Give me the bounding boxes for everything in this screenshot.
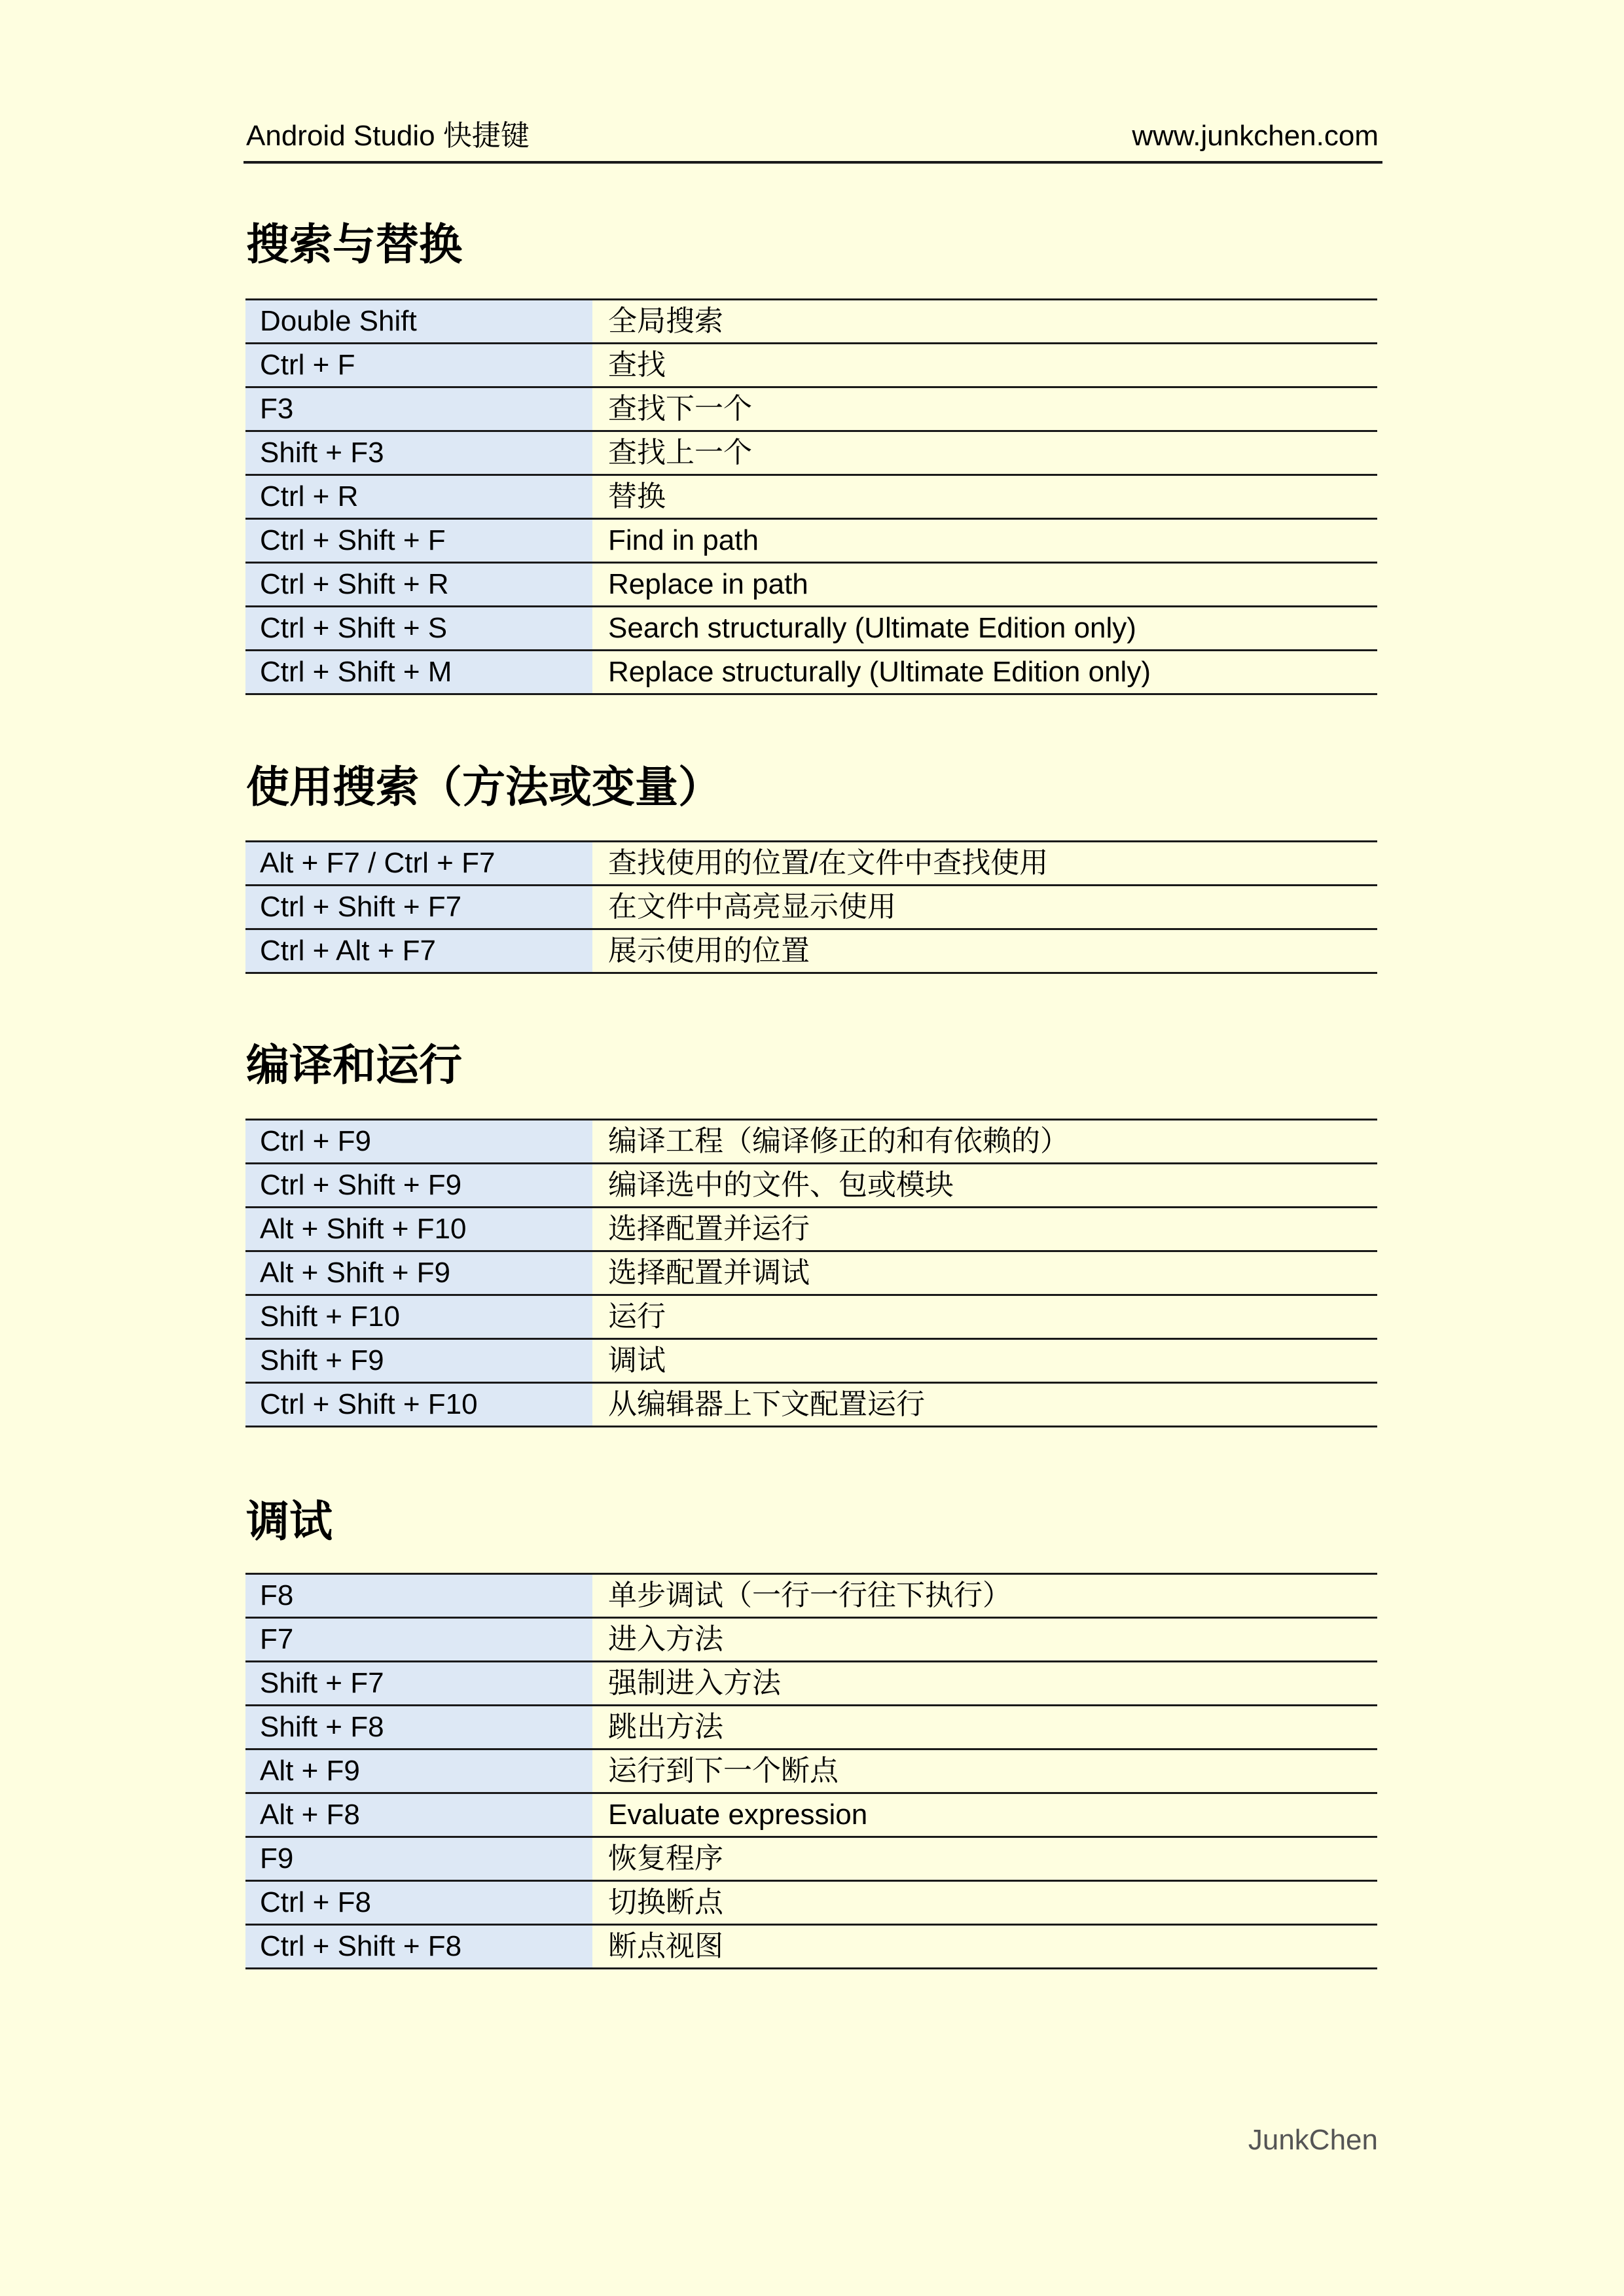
section-title-compile-run: 编译和运行: [246, 1039, 462, 1092]
shortcut-table-search-replace: Double Shift全局搜索 Ctrl + F查找 F3查找下一个 Shif…: [245, 298, 1377, 695]
shortcut-table-debug: F8单步调试（一行一行往下执行） F7进入方法 Shift + F7强制进入方法…: [245, 1573, 1377, 1969]
shortcut-key: Alt + F7 / Ctrl + F7: [245, 842, 592, 884]
shortcut-description: 切换断点: [592, 1882, 1377, 1924]
table-row: Ctrl + Shift + RReplace in path: [245, 564, 1377, 607]
shortcut-table-find-usages: Alt + F7 / Ctrl + F7查找使用的位置/在文件中查找使用 Ctr…: [245, 840, 1377, 974]
shortcut-description: 查找上一个: [592, 432, 1377, 474]
shortcut-key: Shift + F10: [245, 1296, 592, 1338]
table-row: Ctrl + Shift + MReplace structurally (Ul…: [245, 651, 1377, 695]
shortcut-key: Ctrl + Shift + F9: [245, 1164, 592, 1206]
table-row: F8单步调试（一行一行往下执行）: [245, 1575, 1377, 1619]
shortcut-description: 断点视图: [592, 1926, 1377, 1967]
table-row: F9恢复程序: [245, 1838, 1377, 1882]
table-row: Alt + F7 / Ctrl + F7查找使用的位置/在文件中查找使用: [245, 842, 1377, 886]
shortcut-description: 进入方法: [592, 1619, 1377, 1660]
shortcut-key: Alt + F9: [245, 1750, 592, 1792]
shortcut-description: 编译工程（编译修正的和有依赖的）: [592, 1121, 1377, 1162]
shortcut-description: 查找: [592, 344, 1377, 386]
shortcut-description: 从编辑器上下文配置运行: [592, 1384, 1377, 1426]
table-row: Ctrl + F8切换断点: [245, 1882, 1377, 1926]
table-row: Ctrl + Shift + FFind in path: [245, 520, 1377, 564]
table-row: Ctrl + R替换: [245, 476, 1377, 520]
section-title-search-replace: 搜索与替换: [246, 219, 462, 271]
table-row: Shift + F3查找上一个: [245, 432, 1377, 476]
shortcut-key: Alt + F8: [245, 1794, 592, 1836]
shortcut-description: 调试: [592, 1340, 1377, 1382]
shortcut-key: Ctrl + F8: [245, 1882, 592, 1924]
shortcut-key: Shift + F9: [245, 1340, 592, 1382]
shortcut-description: Find in path: [592, 520, 1377, 562]
table-row: Shift + F9调试: [245, 1340, 1377, 1384]
shortcut-description: 运行到下一个断点: [592, 1750, 1377, 1792]
shortcut-key: Ctrl + Alt + F7: [245, 930, 592, 972]
shortcut-key: Ctrl + Shift + S: [245, 607, 592, 649]
shortcut-key: F7: [245, 1619, 592, 1660]
table-row: Ctrl + Shift + F8断点视图: [245, 1926, 1377, 1969]
shortcut-description: 选择配置并运行: [592, 1208, 1377, 1250]
table-row: Alt + Shift + F10选择配置并运行: [245, 1208, 1377, 1252]
shortcut-description: 查找使用的位置/在文件中查找使用: [592, 842, 1377, 884]
section-title-debug: 调试: [246, 1496, 333, 1548]
shortcut-description: 选择配置并调试: [592, 1252, 1377, 1294]
shortcut-key: Ctrl + Shift + R: [245, 564, 592, 605]
shortcut-description: 全局搜索: [592, 300, 1377, 342]
shortcut-key: Shift + F7: [245, 1662, 592, 1704]
table-row: Alt + F9运行到下一个断点: [245, 1750, 1377, 1794]
shortcut-key: Ctrl + F: [245, 344, 592, 386]
shortcut-description: 恢复程序: [592, 1838, 1377, 1880]
shortcut-description: 展示使用的位置: [592, 930, 1377, 972]
shortcut-table-compile-run: Ctrl + F9编译工程（编译修正的和有依赖的） Ctrl + Shift +…: [245, 1119, 1377, 1427]
table-row: Shift + F10运行: [245, 1296, 1377, 1340]
website-link[interactable]: www.junkchen.com: [1132, 119, 1379, 153]
table-row: Shift + F7强制进入方法: [245, 1662, 1377, 1706]
shortcut-key: Shift + F3: [245, 432, 592, 474]
shortcut-description: 运行: [592, 1296, 1377, 1338]
shortcut-key: Double Shift: [245, 300, 592, 342]
table-row: Ctrl + F查找: [245, 344, 1377, 388]
table-row: Ctrl + F9编译工程（编译修正的和有依赖的）: [245, 1121, 1377, 1164]
shortcut-key: Alt + Shift + F9: [245, 1252, 592, 1294]
shortcut-key: Ctrl + R: [245, 476, 592, 518]
table-row: Ctrl + Shift + SSearch structurally (Ult…: [245, 607, 1377, 651]
shortcut-key: Shift + F8: [245, 1706, 592, 1748]
table-row: Alt + F8Evaluate expression: [245, 1794, 1377, 1838]
table-row: Double Shift全局搜索: [245, 300, 1377, 344]
shortcut-description: 在文件中高亮显示使用: [592, 886, 1377, 928]
shortcut-description: 强制进入方法: [592, 1662, 1377, 1704]
shortcut-key: F9: [245, 1838, 592, 1880]
document-title: Android Studio 快捷键: [246, 119, 530, 153]
shortcut-description: 替换: [592, 476, 1377, 518]
table-row: Shift + F8跳出方法: [245, 1706, 1377, 1750]
shortcut-key: Ctrl + Shift + F7: [245, 886, 592, 928]
shortcut-key: Ctrl + Shift + F10: [245, 1384, 592, 1426]
shortcut-key: Ctrl + Shift + F8: [245, 1926, 592, 1967]
shortcut-key: Ctrl + Shift + F: [245, 520, 592, 562]
table-row: Ctrl + Shift + F10从编辑器上下文配置运行: [245, 1384, 1377, 1427]
shortcut-key: F3: [245, 388, 592, 430]
shortcut-description: 编译选中的文件、包或模块: [592, 1164, 1377, 1206]
shortcut-description: Evaluate expression: [592, 1794, 1377, 1836]
shortcut-key: Alt + Shift + F10: [245, 1208, 592, 1250]
shortcut-description: Replace in path: [592, 564, 1377, 605]
table-row: Alt + Shift + F9选择配置并调试: [245, 1252, 1377, 1296]
table-row: Ctrl + Shift + F9编译选中的文件、包或模块: [245, 1164, 1377, 1208]
table-row: Ctrl + Alt + F7展示使用的位置: [245, 930, 1377, 974]
shortcut-key: Ctrl + Shift + M: [245, 651, 592, 693]
table-row: F7进入方法: [245, 1619, 1377, 1662]
table-row: F3查找下一个: [245, 388, 1377, 432]
page-header: Android Studio 快捷键 www.junkchen.com: [244, 111, 1382, 164]
shortcut-description: 跳出方法: [592, 1706, 1377, 1748]
shortcut-key: Ctrl + F9: [245, 1121, 592, 1162]
table-row: Ctrl + Shift + F7在文件中高亮显示使用: [245, 886, 1377, 930]
shortcut-description: 单步调试（一行一行往下执行）: [592, 1575, 1377, 1617]
shortcut-description: Replace structurally (Ultimate Edition o…: [592, 651, 1377, 693]
footer-author: JunkChen: [1248, 2122, 1378, 2159]
shortcut-description: Search structurally (Ultimate Edition on…: [592, 607, 1377, 649]
section-title-find-usages: 使用搜索（方法或变量）: [246, 761, 721, 814]
shortcut-key: F8: [245, 1575, 592, 1617]
shortcut-description: 查找下一个: [592, 388, 1377, 430]
